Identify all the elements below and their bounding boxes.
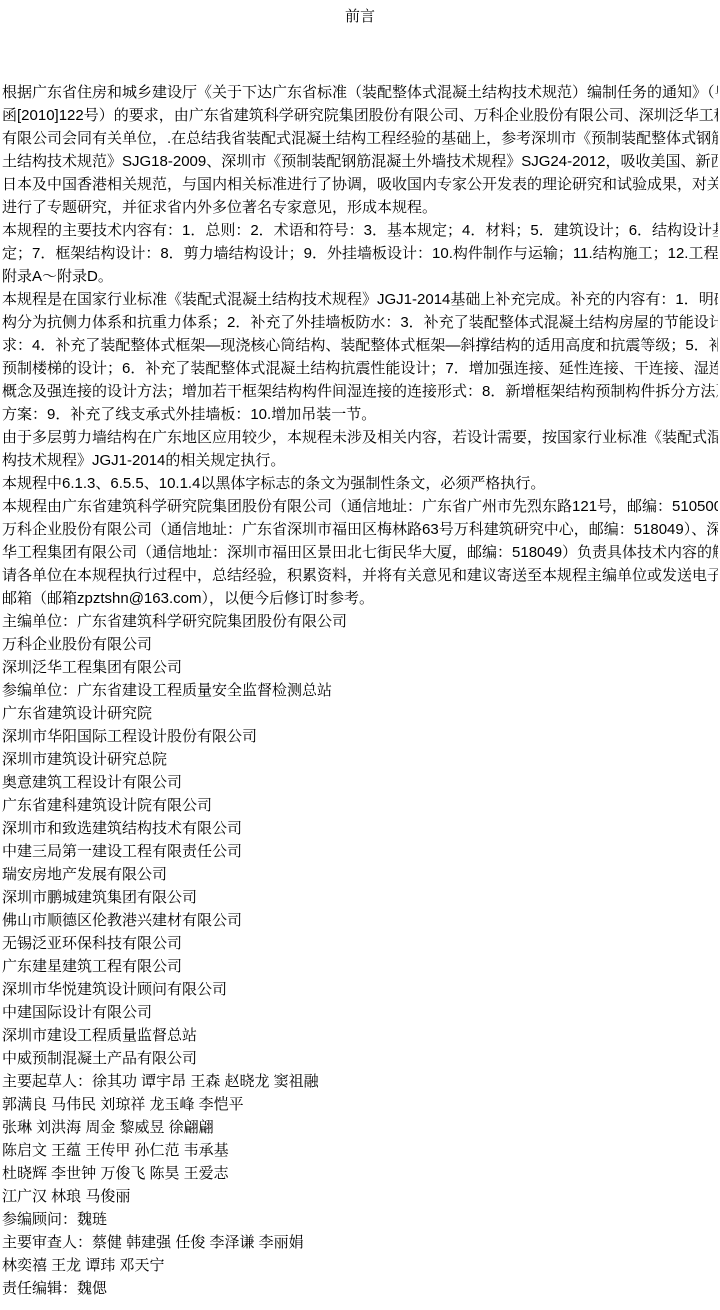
text-line: 万科企业股份有限公司 [2,633,718,656]
text-line-responsible-editor: 责任编辑：魏偲 [2,1277,718,1300]
text-line: 郭满良 马伟民 刘琼祥 龙玉峰 李恺平 [2,1093,718,1116]
text-line: 根据广东省住房和城乡建设厅《关于下达广东省标准（装配整体式混凝土结构技术规范）编… [2,81,718,104]
text-line: 有限公司会同有关单位，.在总结我省装配式混凝土结构工程经验的基础上，参考深圳市《… [2,127,718,150]
text-line: 预制楼梯的设计；6．补充了装配整体式混凝土结构抗震性能设计；7．增加强连接、延性… [2,357,718,380]
text-line: 江广汉 林琅 马俊丽 [2,1185,718,1208]
text-line: 万科企业股份有限公司（通信地址：广东省深圳市福田区梅林路63号万科建筑研究中心，… [2,518,718,541]
text-line: 瑞安房地产发展有限公司 [2,863,718,886]
text-line: 深圳市鹏城建筑集团有限公司 [2,886,718,909]
text-line: 陈启文 王蕴 王传甲 孙仁范 韦承基 [2,1139,718,1162]
text-line: 定；7．框架结构设计：8．剪力墙结构设计；9．外挂墙板设计：10.构件制作与运输… [2,242,718,265]
text-line: 邮箱（邮箱zpztshn@163.com），以便今后修订时参考。 [2,587,718,610]
text-line: 佛山市顺德区伦教港兴建材有限公司 [2,909,718,932]
text-line: 日本及中国香港相关规范，与国内相关标准进行了协调，吸收国内专家公开发表的理论研究… [2,173,718,196]
text-line-main-drafters: 主要起草人：徐其功 谭宇昂 王森 赵晓龙 窦祖融 [2,1070,718,1093]
text-line-advisor: 参编顾问：魏琏 [2,1208,718,1231]
text-line: 方案：9．补充了线支承式外挂墙板：10.增加吊装一节。 [2,403,718,426]
text-line: 无锡泛亚环保科技有限公司 [2,932,718,955]
text-line: 附录A～附录D。 [2,265,718,288]
text-line: 深圳市华悦建筑设计顾问有限公司 [2,978,718,1001]
text-line: 本规程是在国家行业标准《装配式混凝土结构技术规程》JGJ1-2014基础上补充完… [2,288,718,311]
text-line: 杜晓辉 李世钟 万俊飞 陈昊 王爱志 [2,1162,718,1185]
text-line: 广东省建筑设计研究院 [2,702,718,725]
text-line: 深圳市和致选建筑结构技术有限公司 [2,817,718,840]
text-line: 进行了专题研究，并征求省内外多位著名专家意见，形成本规程。 [2,196,718,219]
text-line: 本规程由广东省建筑科学研究院集团股份有限公司（通信地址：广东省广州市先烈东路12… [2,495,718,518]
text-line: 深圳市华阳国际工程设计股份有限公司 [2,725,718,748]
text-line: 深圳泛华工程集团有限公司 [2,656,718,679]
text-line: 中建三局第一建设工程有限责任公司 [2,840,718,863]
text-line: 华工程集团有限公司（通信地址：深圳市福田区景田北七街民华大厦，邮编：518049… [2,541,718,564]
document-page: 前言 根据广东省住房和城乡建设厅《关于下达广东省标准（装配整体式混凝土结构技术规… [0,0,720,1310]
text-line: 中威预制混凝土产品有限公司 [2,1047,718,1070]
text-line: 构分为抗侧力体系和抗重力体系；2．补充了外挂墙板防水：3．补充了装配整体式混凝土… [2,311,718,334]
text-line: 构技术规程》JGJ1-2014的相关规定执行。 [2,449,718,472]
text-line: 本规程的主要技术内容有：1．总则：2．术语和符号：3．基本规定；4．材料；5．建… [2,219,718,242]
text-line: 广东建星建筑工程有限公司 [2,955,718,978]
text-line: 深圳市建筑设计研究总院 [2,748,718,771]
text-line: 林奕禧 王龙 谭玮 邓天宁 [2,1254,718,1277]
text-line: 深圳市建设工程质量监督总站 [2,1024,718,1047]
text-line: 函[2010]122号）的要求，由广东省建筑科学研究院集团股份有限公司、万科企业… [2,104,718,127]
text-line: 土结构技术规范》SJG18-2009、深圳市《预制装配钢筋混凝土外墙技术规程》S… [2,150,718,173]
text-line: 求：4．补充了装配整体式框架—现浇核心筒结构、装配整体式框架—斜撑结构的适用高度… [2,334,718,357]
text-line: 请各单位在本规程执行过程中，总结经验，积累资料，并将有关意见和建议寄送至本规程主… [2,564,718,587]
text-line: 张琳 刘洪海 周金 黎威昱 徐翩翩 [2,1116,718,1139]
text-line: 奥意建筑工程设计有限公司 [2,771,718,794]
text-line-participating-units: 参编单位：广东省建设工程质量安全监督检测总站 [2,679,718,702]
text-line: 由于多层剪力墙结构在广东地区应用较少，本规程未涉及相关内容，若设计需要，按国家行… [2,426,718,449]
text-line-reviewers: 主要审查人：蔡健 韩建强 任俊 李泽谦 李丽娟 [2,1231,718,1254]
text-line: 中建国际设计有限公司 [2,1001,718,1024]
text-line: 本规程中6.1.3、6.5.5、10.1.4以黑体字标志的条文为强制性条文，必须… [2,472,718,495]
text-line: 广东省建科建筑设计院有限公司 [2,794,718,817]
text-line-chief-editor-unit: 主编单位：广东省建筑科学研究院集团股份有限公司 [2,610,718,633]
document-body: 根据广东省住房和城乡建设厅《关于下达广东省标准（装配整体式混凝土结构技术规范）编… [0,81,720,1300]
text-line: 概念及强连接的设计方法；增加若干框架结构构件间湿连接的连接形式：8．新增框架结构… [2,380,718,403]
page-title: 前言 [0,5,720,28]
